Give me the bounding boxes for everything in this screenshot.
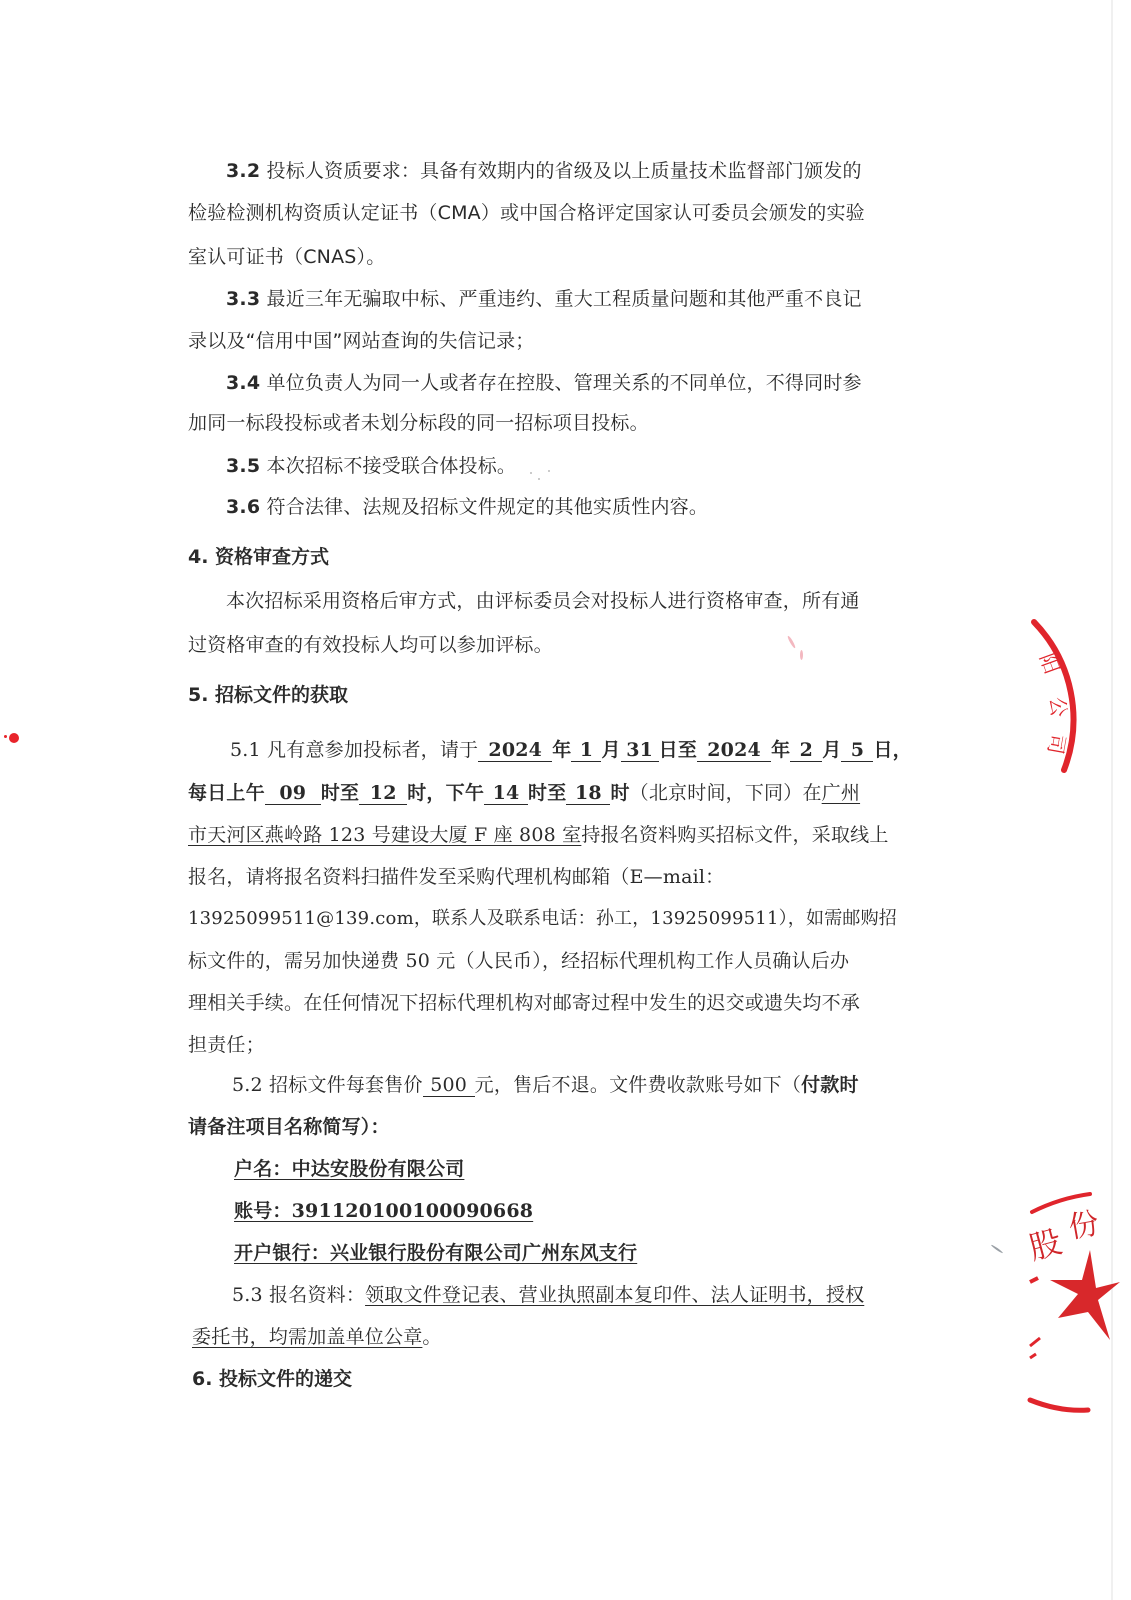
item-5-1-line8: 担责任； (188, 1032, 265, 1058)
account-name: 户名：中达安股份有限公司 (234, 1156, 464, 1182)
item-3-4-line2: 加同一标段投标或者未划分标段的同一招标项目投标。 (188, 410, 649, 436)
red-ink-dot (4, 735, 7, 738)
item-3-5: 3.5 本次招标不接受联合体投标。 (226, 453, 516, 479)
scan-speck (548, 470, 550, 472)
start-year: 2024 (478, 739, 552, 762)
faint-red-mark (787, 635, 797, 649)
start-month: 1 (571, 739, 601, 762)
end-month: 2 (790, 739, 822, 762)
section-5-heading: 5. 招标文件的获取 (188, 680, 348, 707)
pm-start: 14 (484, 782, 528, 805)
item-5-1-line3: 市天河区燕岭路 123 号建设大厦 F 座 808 室持报名资料购买招标文件，采… (188, 822, 889, 848)
item-5-1-line2: 每日上午09时至12时，下午14时至18时（北京时间，下同）在广州 (188, 780, 860, 806)
scan-speck (538, 478, 540, 480)
company-seal-lower: 股 份 (1020, 1190, 1120, 1420)
section-4-heading: 4. 资格审查方式 (188, 542, 329, 569)
svg-text:股: 股 (1025, 1222, 1066, 1267)
item-5-1-line6: 标文件的，需另加快递费 50 元（人民币），经招标代理机构工作人员确认后办 (188, 948, 849, 974)
item-5-2-line1: 5.2 招标文件每套售价500元，售后不退。文件费收款账号如下（付款时 (232, 1072, 859, 1098)
address-start: 广州 (822, 782, 860, 804)
svg-text:阳: 阳 (1035, 650, 1064, 677)
section-4-line2: 过资格审查的有效投标人均可以参加评标。 (188, 632, 553, 658)
section-4-line1: 本次招标采用资格后审方式，由评标委员会对投标人进行资格审查，所有通 (226, 588, 860, 614)
end-year: 2024 (697, 739, 771, 762)
item-3-2-line3: 室认可证书（CNAS）。 (188, 244, 385, 270)
item-5-1-line5: 13925099511@139.com，联系人及联系电话：孙工，13925099… (188, 906, 897, 932)
item-5-1-line7: 理相关手续。在任何情况下招标代理机构对邮寄过程中发生的迟交或遗失均不承 (188, 990, 860, 1016)
price: 500 (423, 1074, 475, 1097)
bank-name: 开户银行：兴业银行股份有限公司广州东风支行 (234, 1240, 637, 1266)
item-3-6: 3.6 符合法律、法规及招标文件规定的其他实质性内容。 (226, 494, 708, 520)
faint-red-mark (800, 650, 803, 660)
account-number: 账号：391120100100090668 (234, 1198, 533, 1224)
pm-end: 18 (566, 782, 610, 805)
address: 市天河区燕岭路 123 号建设大厦 F 座 808 室 (188, 824, 581, 846)
svg-text:司: 司 (1043, 732, 1070, 756)
start-day: 31 (621, 739, 659, 762)
svg-text:公: 公 (1045, 696, 1071, 718)
item-5-3-line2: 委托书，均需加盖单位公章。 (192, 1324, 442, 1350)
svg-text:份: 份 (1066, 1206, 1102, 1246)
item-3-3-line2: 录以及“信用中国”网站查询的失信记录； (188, 328, 535, 354)
red-ink-dot (9, 733, 19, 743)
end-day: 5 (841, 739, 873, 762)
item-5-1-line4: 报名，请将报名资料扫描件发至采购代理机构邮箱（E—mail： (188, 864, 724, 890)
pen-mark (991, 1244, 1004, 1254)
item-3-4-line1: 3.4 单位负责人为同一人或者存在控股、管理关系的不同单位，不得同时参 (226, 370, 862, 396)
item-3-2-line1: 3.2 投标人资质要求：具备有效期内的省级及以上质量技术监督部门颁发的 (226, 158, 862, 184)
am-start: 09 (265, 782, 321, 805)
am-end: 12 (359, 782, 407, 805)
scan-speck (530, 472, 532, 474)
company-seal-upper: 阳 公 司 (1020, 600, 1120, 790)
item-5-3-line1: 5.3 报名资料：领取文件登记表、营业执照副本复印件、法人证明书，授权 (232, 1282, 864, 1308)
item-3-3-line1: 3.3 最近三年无骗取中标、严重违约、重大工程质量问题和其他严重不良记 (226, 286, 862, 312)
item-5-2-line2: 请备注项目名称简写）： (188, 1114, 390, 1140)
section-6-heading: 6. 投标文件的递交 (192, 1364, 352, 1391)
item-3-2-line2: 检验检测机构资质认定证书（CMA）或中国合格评定国家认可委员会颁发的实验 (188, 200, 865, 226)
item-5-1-line1: 5.1 凡有意参加投标者，请于2024年1月31日至2024年2月5日， (230, 737, 912, 763)
